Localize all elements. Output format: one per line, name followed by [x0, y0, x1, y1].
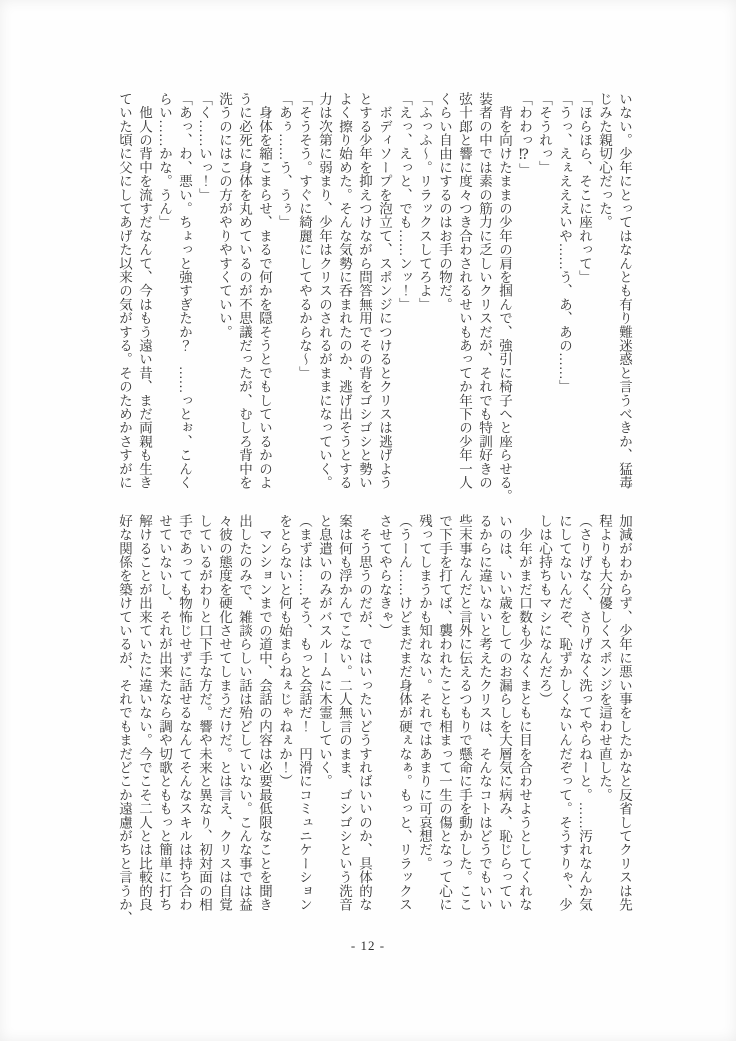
text-column: せていないし、それが出来たなら調や切歌とももっと簡単に打ち	[154, 514, 174, 918]
text-column: ボディソープを泡立て、スポンジにつけるとクリスは逃げよう	[374, 92, 394, 496]
text-column: （うーん……けどまだまだ身体が硬ぇなぁ。もっと、リラックス	[394, 514, 414, 918]
bottom-text-block: 加減がわからず、少年に悪い事をしたかなと反省してクリスは先程よりも大分優しくスポ…	[112, 514, 634, 918]
text-column: とする少年を抑えつけながら問答無用でその背をゴシゴシと勢い	[354, 92, 374, 496]
text-column: 身体を縮こまらせ、まるで何かを隠そうとでもしているかのよ	[254, 92, 274, 496]
text-column: 洗うのにはこの方がやりやすくていい。	[214, 92, 234, 496]
text-column: じみた親切心だった。	[594, 92, 614, 496]
text-column: 「ふっふ〜。リラックスしてろよ」	[414, 92, 434, 496]
text-column: （さりげなく、さりげなく洗ってやらねーと。……汚れなんか気	[574, 514, 594, 918]
text-column: しているがわりと口下手な方だ。響や未来と異なり、初対面の相	[194, 514, 214, 918]
text-column: 少年がまだ口数も少なくまともに目を合わせようとしてくれな	[514, 514, 534, 918]
text-column: そう思うのだが、ではいったいどうすればいいのか、具体的な	[354, 514, 374, 918]
text-column: 力は次第に弱まり、少年はクリスのされるがままになっていく。	[314, 92, 334, 496]
text-column: いのは、いい歳をしてのお漏らしを大層気に病み、恥じらってい	[494, 514, 514, 918]
text-column: 装者の中では素の筋力に乏しいクリスだが、それでも特訓好きの	[474, 92, 494, 496]
text-column: うに必死に身体を丸めているのが不思議だったが、むしろ背中を	[234, 92, 254, 496]
text-column: 「あっ、わ、悪い。ちょっと強すぎたか？ ……っとぉ、こんく	[174, 92, 194, 496]
text-column: させてやらなきゃ）	[374, 514, 394, 918]
text-column: 「そうそう。すぐに綺麗にしてやるからな〜」	[294, 92, 314, 496]
text-column: 好な関係を築けているが、それでもまだどこか遠慮がちと言うか、	[114, 514, 134, 918]
page-number: - 12 -	[0, 938, 736, 954]
text-column: 々彼の態度を硬化させてしまうだけだ。とは言え、クリスは自覚	[214, 514, 234, 918]
text-column: 背を向けたままの少年の肩を掴んで、強引に椅子へと座らせる。	[494, 92, 514, 496]
text-column: 「そうれっ」	[534, 92, 554, 496]
text-column: をとらないと何も始まらねぇじゃねぇか！）	[274, 514, 294, 918]
scanned-novel-page: いない。少年にとってはなんとも有り難迷惑と言うべきか、猛毒じみた親切心だった。「…	[0, 0, 736, 1041]
text-column: 残ってしまうかも知れない。それではあまりに可哀想だ。	[414, 514, 434, 918]
text-column: 解けることが出来ていたに違いない。今でこそ二人とは比較的良	[134, 514, 154, 918]
text-column: 「く……いっ！」	[194, 92, 214, 496]
text-column: 「うっ、えぇえええいや……う、あ、あの……」	[554, 92, 574, 496]
text-column: 些末事なんだと言外に伝えるつもりで懸命に手を動かした。ここ	[454, 514, 474, 918]
text-column: くらい自由にするのはお手の物だ。	[434, 92, 454, 496]
text-column: 「ほらほら、そこに座れって」	[574, 92, 594, 496]
text-column: しは心持ちもマシになんだろ）	[534, 514, 554, 918]
text-column: 程よりも大分優しくスポンジを這わせ直した。	[594, 514, 614, 918]
top-text-block: いない。少年にとってはなんとも有り難迷惑と言うべきか、猛毒じみた親切心だった。「…	[112, 92, 634, 496]
text-column: （まずは……そう、もっと会話だ！ 円滑にコミュニケーション	[294, 514, 314, 918]
text-column: 「わわっ⁉」	[514, 92, 534, 496]
text-column: にしてないんだぞ、恥ずかしくないんだぞって。そうすりゃ、少	[554, 514, 574, 918]
text-column: ていた頃に父にしてあげた以来の気がする。そのためかさすがに	[114, 92, 134, 496]
text-column: るからに違いないと考えたクリスは、そんなコトはどうでもいい	[474, 514, 494, 918]
text-column: 「えっ、えっと、でも……ンッ！」	[394, 92, 414, 496]
text-column: らい……かな。うん」	[154, 92, 174, 496]
text-column: 弦十郎と響に度々つき合わされるせいもあってか年下の少年一人	[454, 92, 474, 496]
text-column: 出したのみで、雑談らしい話は殆どしていない。こんな事では益	[234, 514, 254, 918]
text-column: よく擦り始めた。そんな気勢に呑まれたのか、逃げ出そうとする	[334, 92, 354, 496]
text-column: 「あぅ……う、うぅ」	[274, 92, 294, 496]
text-column: 案は何も浮かんでこない。二人無言のまま、ゴシゴシという洗音	[334, 514, 354, 918]
text-column: 他人の背中を流すだなんて、今はもう遠い昔、まだ両親も生き	[134, 92, 154, 496]
text-column: 加減がわからず、少年に悪い事をしたかなと反省してクリスは先	[614, 514, 634, 918]
text-column: いない。少年にとってはなんとも有り難迷惑と言うべきか、猛毒	[614, 92, 634, 496]
text-column: 手であっても物怖じせずに話せるなんてそんなスキルは持ち合わ	[174, 514, 194, 918]
text-column: マンションまでの道中、会話の内容は必要最低限なことを聞き	[254, 514, 274, 918]
text-column: と息遣いのみがバスルームに木霊していく。	[314, 514, 334, 918]
text-column: で下手を打てば、襲われたことも相まって一生の傷となって心に	[434, 514, 454, 918]
